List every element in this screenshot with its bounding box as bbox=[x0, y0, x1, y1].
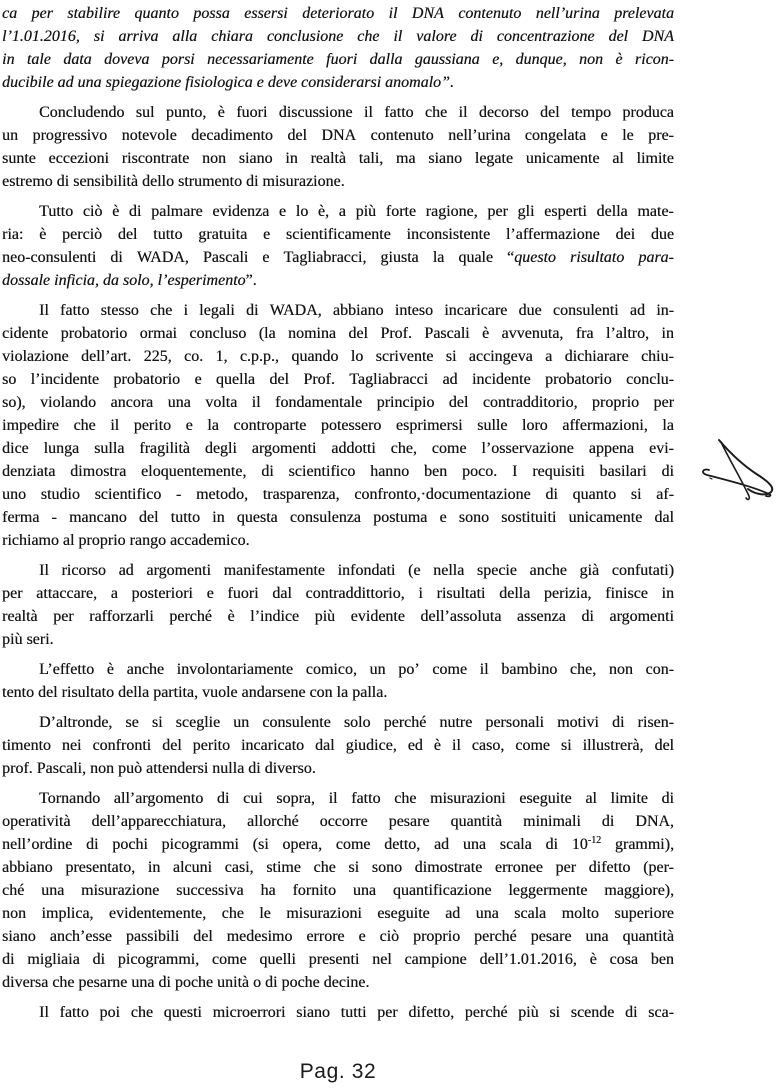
text-line: prof. Pascali, non può attendersi nulla … bbox=[2, 757, 674, 780]
paragraph: IlfattostessocheilegalidiWADA,abbianoint… bbox=[2, 299, 674, 552]
text-line: Concludendosulpunto,èfuoridiscussioneilf… bbox=[2, 101, 674, 124]
paragraph: Tornandoall’argomentodicuisopra,ilfattoc… bbox=[2, 787, 674, 994]
text-line: operativitàdell’apparecchiatura,allorché… bbox=[2, 810, 674, 833]
text-line: ducibile ad una spiegazione fisiologica … bbox=[2, 71, 674, 94]
document-page: caperstabilirequantopossaessersideterior… bbox=[0, 0, 778, 1090]
text-line: estremo di sensibilità dello strumento d… bbox=[2, 170, 674, 193]
paragraph: Tuttociòèdipalmareevidenzaeloè,apiùforte… bbox=[2, 200, 674, 292]
text-line: caperstabilirequantopossaessersideterior… bbox=[2, 2, 674, 25]
text-line: cidenteprobatorioormaiconcluso(lanominad… bbox=[2, 322, 674, 345]
text-line: chéunamisurazionesuccessivahafornitounaq… bbox=[2, 879, 674, 902]
paragraph: Ilricorsoadargomentimanifestamenteinfond… bbox=[2, 559, 674, 651]
text-line: ria:èperciòdeltuttogratuitaescientificam… bbox=[2, 223, 674, 246]
paragraph: Ilfattopoichequestimicroerrorisianotutti… bbox=[2, 1001, 674, 1024]
text-line: sianoanch’essepassibilidelmedesimoerrore… bbox=[2, 925, 674, 948]
text-column: caperstabilirequantopossaessersideterior… bbox=[2, 2, 674, 1024]
text-line: nell’ordinedipochipicogrammi(siopera,com… bbox=[2, 833, 674, 856]
text-line: l’1.01.2016,siarrivaallachiaraconclusion… bbox=[2, 25, 674, 48]
paragraph: D’altronde,sesisceglieunconsulentesolope… bbox=[2, 711, 674, 780]
signature-scribble bbox=[688, 425, 778, 535]
text-line: impedirecheilperitoelacontropartepotesse… bbox=[2, 414, 674, 437]
text-line: perattaccare,aposterioriefuoridalcontrad… bbox=[2, 582, 674, 605]
text-line: unostudioscientifico-metodo,trasparenza,… bbox=[2, 483, 674, 506]
paragraph: Concludendosulpunto,èfuoridiscussioneilf… bbox=[2, 101, 674, 193]
text-line: richiamo al proprio rango accademico. bbox=[2, 529, 674, 552]
text-line: dossale inficia, da solo, l’esperimento”… bbox=[2, 269, 674, 292]
text-line: Tornandoall’argomentodicuisopra,ilfattoc… bbox=[2, 787, 674, 810]
text-line: tento del risultato della partita, vuole… bbox=[2, 681, 674, 704]
text-line: denziatadimostraeloquentemente,discienti… bbox=[2, 460, 674, 483]
text-line: timentoneiconfrontidelperitoincaricatoda… bbox=[2, 734, 674, 757]
text-line: so),violandoancoraunavoltailfondamentale… bbox=[2, 391, 674, 414]
text-line: Tuttociòèdipalmareevidenzaeloè,apiùforte… bbox=[2, 200, 674, 223]
text-line: nonimplica,evidentemente,chelemisurazion… bbox=[2, 902, 674, 925]
paragraph: caperstabilirequantopossaessersideterior… bbox=[2, 2, 674, 94]
text-line: ferma-mancanodeltuttoinquestaconsulenzap… bbox=[2, 506, 674, 529]
paragraph: L’effettoèancheinvolontariamentecomico,u… bbox=[2, 658, 674, 704]
text-line: realtàperrafforzarliperchéèl’indicepiùev… bbox=[2, 605, 674, 628]
text-line: sunteeccezioniriscontratenonsianoinrealt… bbox=[2, 147, 674, 170]
text-line: abbianopresentato,inalcunicasi,stimeches… bbox=[2, 856, 674, 879]
text-line: intaledatadovevaporsinecessariamentefuor… bbox=[2, 48, 674, 71]
text-line: più seri. bbox=[2, 628, 674, 651]
text-line: diversa che pesarne una di poche unità o… bbox=[2, 971, 674, 994]
text-line: Ilricorsoadargomentimanifestamenteinfond… bbox=[2, 559, 674, 582]
text-line: dicelungasullafragilitàdegliargomentiadd… bbox=[2, 437, 674, 460]
text-line: D’altronde,sesisceglieunconsulentesolope… bbox=[2, 711, 674, 734]
text-line: violazionedell’art.225,co.1,c.p.p.,quand… bbox=[2, 345, 674, 368]
page-number: Pag. 32 bbox=[2, 1060, 674, 1084]
text-line: Ilfattopoichequestimicroerrorisianotutti… bbox=[2, 1001, 674, 1024]
text-line: neo-consulentidiWADA,PascalieTagliabracc… bbox=[2, 246, 674, 269]
pen-scribble-icon bbox=[688, 425, 778, 535]
text-line: sol’incidenteprobatorioequelladelProf.Ta… bbox=[2, 368, 674, 391]
text-line: L’effettoèancheinvolontariamentecomico,u… bbox=[2, 658, 674, 681]
text-line: IlfattostessocheilegalidiWADA,abbianoint… bbox=[2, 299, 674, 322]
text-line: dimigliaiadipicogrammi,comequellipresent… bbox=[2, 948, 674, 971]
text-line: unprogressivonotevoledecadimentodelDNAco… bbox=[2, 124, 674, 147]
